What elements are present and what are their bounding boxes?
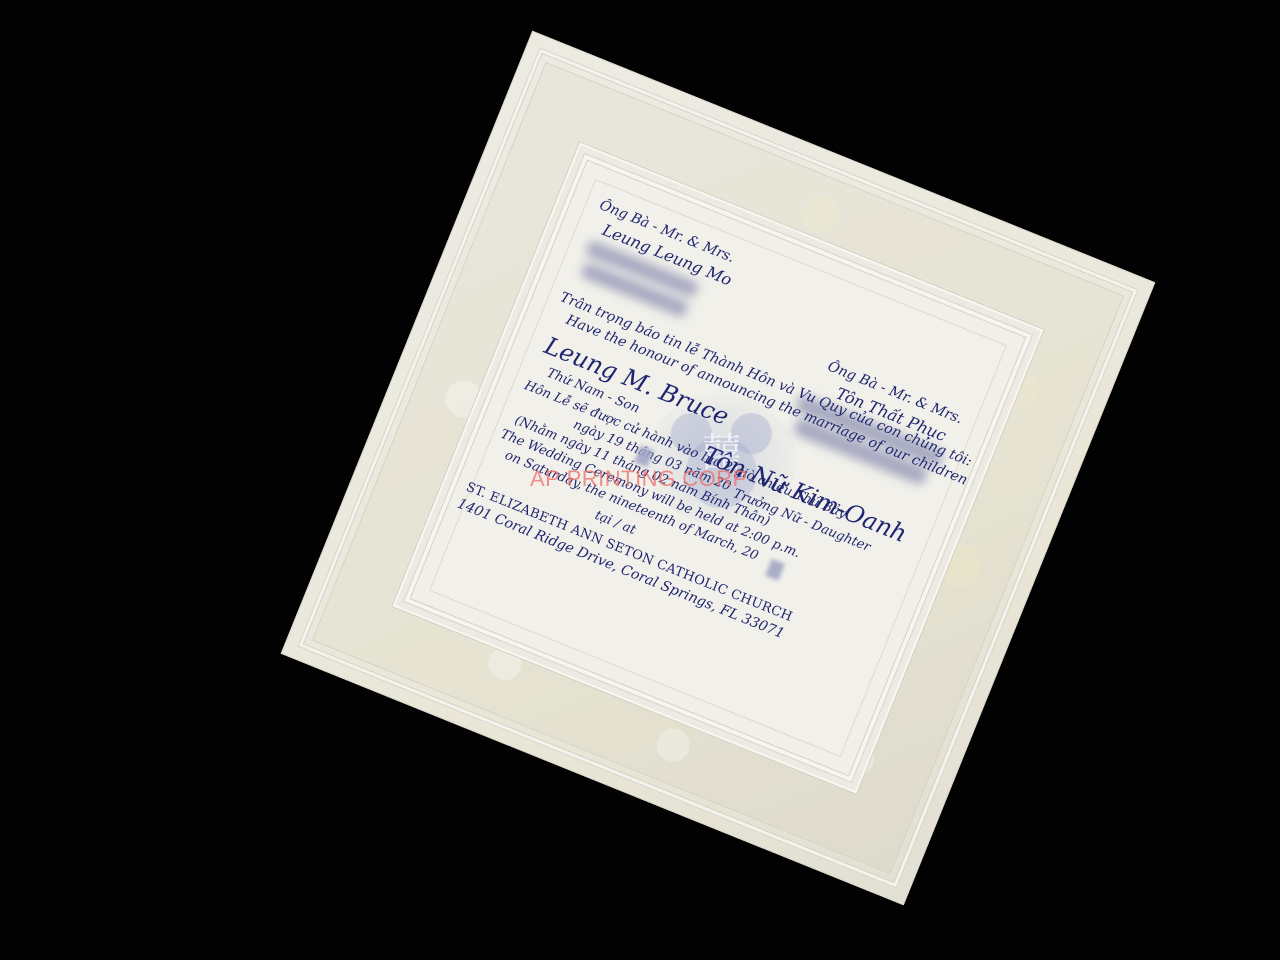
watermark: AP PRINTING CORP bbox=[530, 466, 748, 492]
